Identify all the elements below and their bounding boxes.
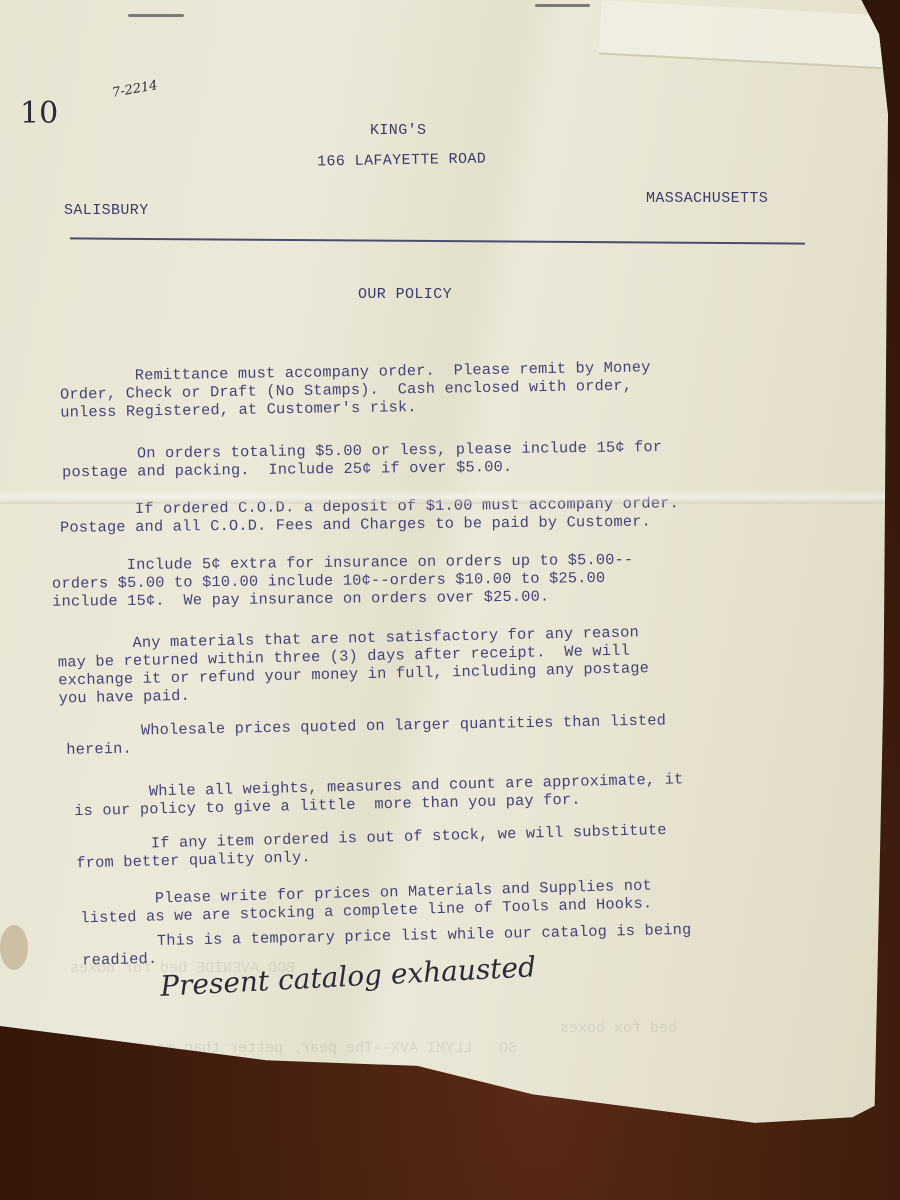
bleed-through-text: SO LLYMI AVX--The pear, petter than mood… [40,1040,517,1057]
paper-stain [0,925,28,970]
business-town: SALISBURY [64,202,149,219]
policy-paragraph-postage: On orders totaling $5.00 or less, please… [62,437,782,482]
staple [535,4,590,7]
policy-paragraph-returns: Any materials that are not satisfactory … [57,620,778,707]
policy-paragraph-cod: If ordered C.O.D. a deposit of $1.00 mus… [60,493,780,537]
policy-paragraph-remittance: Remittance must accompany order. Please … [60,356,781,421]
folded-corner [599,0,891,69]
policy-paragraph-supplies: Please write for prices on Materials and… [80,873,801,928]
business-state: MASSACHUSETTS [646,190,768,207]
letterhead-divider [70,237,805,244]
business-address: 166 LAFAYETTE ROAD [317,151,487,171]
handwritten-note: 7-2214 [111,78,159,101]
business-name: KING'S [370,122,426,139]
staple [128,14,184,17]
policy-paragraph-wholesale: Wholesale prices quoted on larger quanti… [66,709,787,759]
policy-title: OUR POLICY [358,286,452,303]
handwritten-page-number: 10 [20,96,58,131]
policy-paragraph-weights: While all weights, measures and count ar… [74,768,795,820]
policy-paragraph-insurance: Include 5¢ extra for insurance on orders… [52,549,773,611]
bleed-through-text: bed fox boxes [560,1020,677,1037]
policy-paragraph-substitution: If any item ordered is out of stock, we … [76,818,797,873]
document-page: SO LLYMI AVX--The pear, petter than mood… [0,0,888,1140]
